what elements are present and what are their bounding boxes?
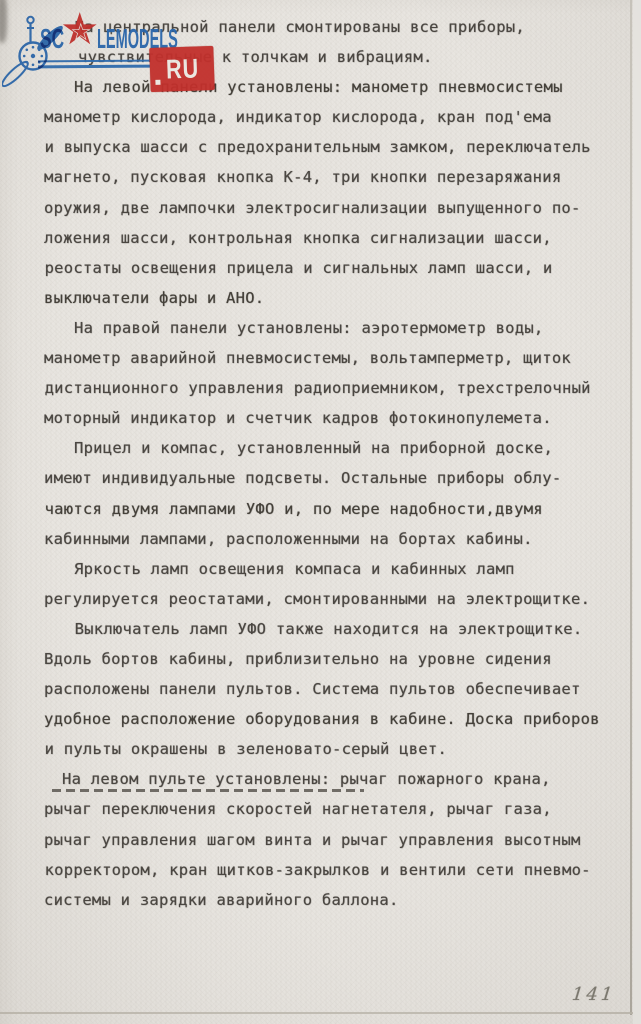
scan-artifact: [0, 0, 7, 43]
text-line: системы и зарядки аварийного баллона.: [44, 885, 600, 915]
text-line: расположены панели пультов. Система пуль…: [44, 674, 600, 704]
text-line: кабинными лампами, расположенными на бор…: [44, 524, 600, 554]
text-line: Яркость ламп освещения компаса и кабинны…: [44, 554, 600, 584]
document-text: На центральной панели смонтированы все п…: [44, 12, 600, 915]
scan-edge: [633, 0, 641, 1024]
text-line: Прицел и компас, установленный на прибор…: [44, 433, 600, 463]
text-line: На левом пульте установлены: рычаг пожар…: [44, 764, 600, 794]
page-number: 141: [571, 984, 617, 1005]
text-line: удобное расположение оборудования в каби…: [44, 704, 600, 734]
ru-dot: [155, 80, 160, 85]
text-line: магнето, пусковая кнопка К-4, три кнопки…: [44, 162, 600, 192]
text-line: реостаты освещения прицела и сигнальных …: [45, 253, 601, 283]
text-line: ложения шасси, контрольная кнопка сигнал…: [44, 223, 600, 253]
text-line: выключатели фары и АНО.: [44, 283, 600, 313]
ru-badge: RU: [149, 46, 214, 92]
scalemodels-ru-watermark: SC ★ ☆ LEMODELS RU: [2, 2, 232, 114]
text-line: манометр аварийной пневмосистемы, вольта…: [44, 343, 600, 373]
text-line: рычаг управления шагом винта и рычаг упр…: [44, 825, 600, 855]
text-line: дистанционного управления радиоприемнико…: [45, 373, 601, 403]
text-line: и пульты окрашены в зеленовато-серый цве…: [45, 734, 601, 764]
page-border-bottom: [0, 1012, 633, 1014]
text-line: чаются двумя лампами УФО и, по мере надо…: [45, 494, 601, 524]
text-line: корректором, кран щитков-закрылков и вен…: [45, 855, 601, 885]
text-line: имеют индивидуальные подсветы. Остальные…: [44, 463, 600, 493]
text-line: рычаг переключения скоростей нагнетателя…: [44, 794, 600, 824]
strikethrough-line: [38, 60, 152, 71]
text-line: моторный индикатор и счетчик кадров фото…: [44, 403, 600, 433]
text-line: регулируется реостатами, смонтированными…: [44, 584, 600, 614]
text-line: Вдоль бортов кабины, приблизительно на у…: [44, 644, 600, 674]
page-border-right: [630, 0, 632, 1015]
star-icon: ★ ☆: [60, 8, 102, 56]
dashed-underline: [52, 789, 364, 792]
text-line: Выключатель ламп УФО также находится на …: [45, 614, 601, 644]
scanned-document-page: На центральной панели смонтированы все п…: [0, 0, 641, 1024]
text-line: На правой панели установлены: аэротермом…: [44, 313, 600, 343]
text-line: и выпуска шасси с предохранительным замк…: [45, 132, 601, 162]
text-line: оружия, две лампочки электросигнализации…: [44, 193, 600, 223]
